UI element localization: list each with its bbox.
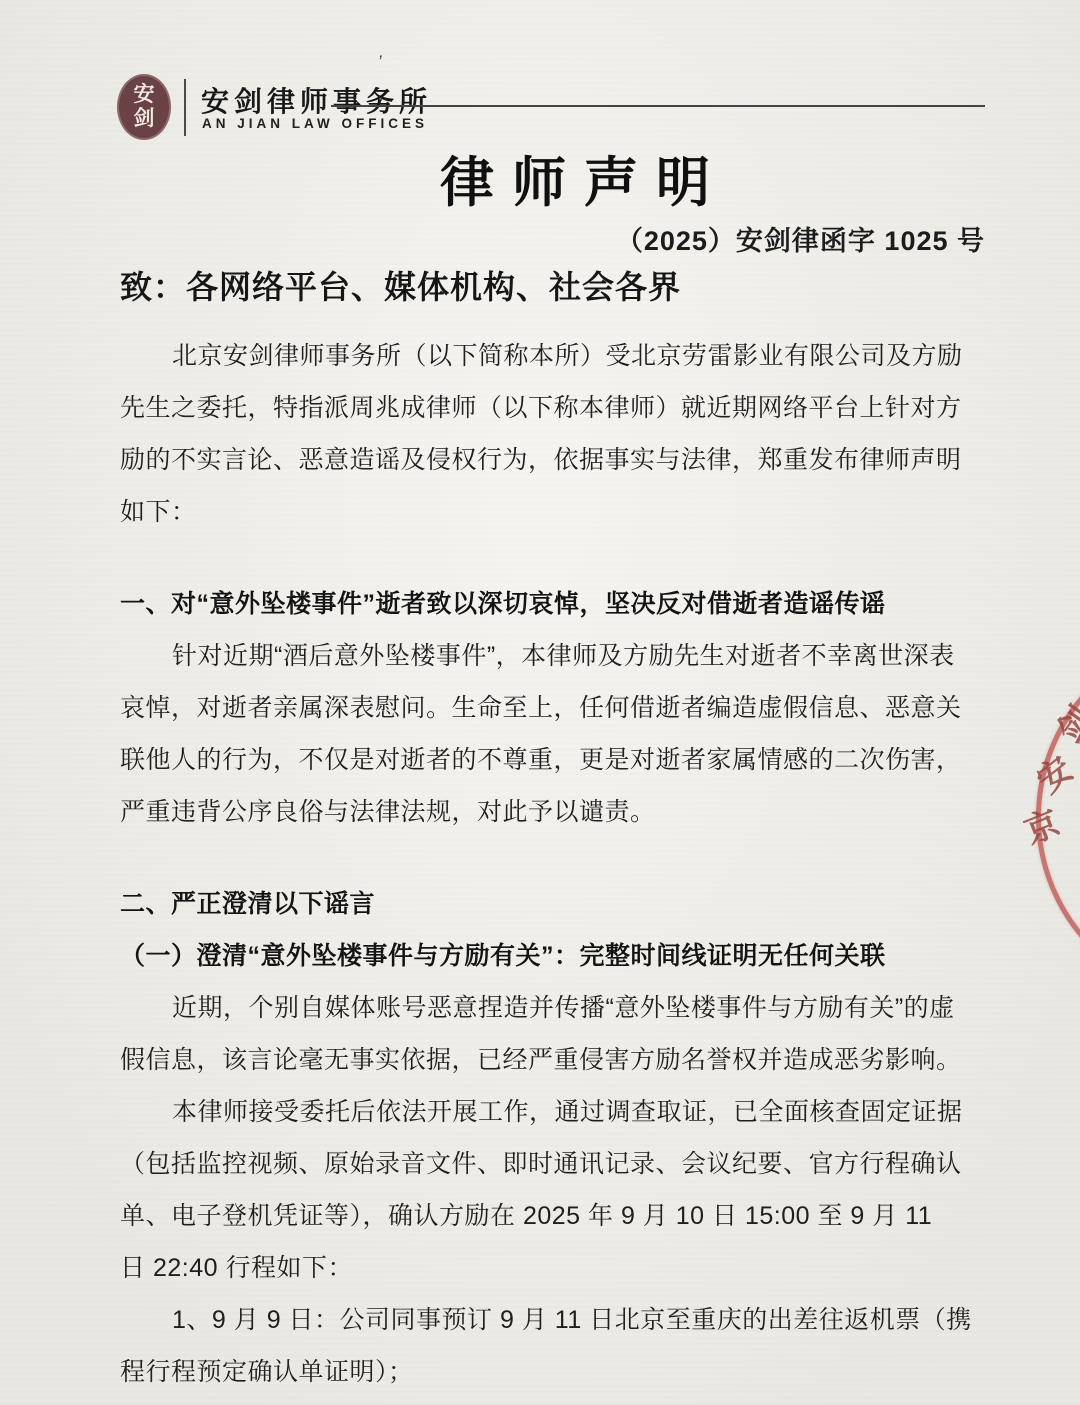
stamp-character: 安: [1025, 743, 1080, 803]
paragraph: 针对近期“酒后意外坠楼事件”，本律师及方励先生对逝者不幸离世深表哀悼，对逝者亲属…: [120, 630, 962, 838]
section-heading: 一、对“意外坠楼事件”逝者致以深切哀悼，坚决反对借逝者造谣传谣: [120, 578, 962, 630]
paragraph-spacer: [120, 538, 962, 578]
stamp-ring: [1036, 630, 1080, 1004]
firm-logo-seal: 安 剑: [117, 74, 171, 140]
logo-char-top: 安: [134, 83, 155, 107]
reference-number: （2025）安剑律函字 1025 号: [616, 219, 985, 258]
text-line: 二、严正澄清以下谣言: [120, 878, 962, 930]
text-line: 近期，个别自媒体账号恶意捏造并传播“意外坠楼事件与方励有关”的虚: [120, 982, 962, 1034]
text-line: （一）澄清“意外坠楼事件与方励有关”：完整时间线证明无任何关联: [120, 930, 962, 982]
text-line: 针对近期“酒后意外坠楼事件”，本律师及方励先生对逝者不幸离世深表: [120, 630, 962, 682]
text-line: （包括监控视频、原始录音文件、即时通讯记录、会议纪要、官方行程确认: [120, 1138, 962, 1190]
text-line: 1、9 月 9 日：公司同事预订 9 月 11 日北京至重庆的出差往返机票（携: [120, 1294, 962, 1346]
text-line: 程行程预定确认单证明）；: [120, 1346, 962, 1398]
paragraph: 近期，个别自媒体账号恶意捏造并传播“意外坠楼事件与方励有关”的虚假信息，该言论毫…: [120, 982, 962, 1086]
section-heading: 二、严正澄清以下谣言: [120, 878, 962, 930]
paragraph: 本律师接受委托后依法开展工作，通过调查取证，已全面核查固定证据（包括监控视频、原…: [120, 1086, 962, 1294]
stamp-character: 京: [1016, 795, 1066, 853]
text-line: 一、对“意外坠楼事件”逝者致以深切哀悼，坚决反对借逝者造谣传谣: [120, 578, 962, 630]
scan-artifact-mark: ’: [377, 52, 384, 72]
text-line: 先生之委托，特指派周兆成律师（以下称本律师）就近期网络平台上针对方: [120, 382, 962, 434]
firm-name-cn: 安剑律师事务所: [201, 80, 432, 120]
paragraph-spacer: [120, 838, 962, 878]
document-title: 律师声明: [440, 140, 728, 217]
section-heading: （一）澄清“意外坠楼事件与方励有关”：完整时间线证明无任何关联: [120, 930, 962, 982]
paragraph: 1、9 月 9 日：公司同事预订 9 月 11 日北京至重庆的出差往返机票（携程…: [120, 1294, 962, 1398]
text-line: 励的不实言论、恶意造谣及侵权行为，依据事实与法律，郑重发布律师声明: [120, 434, 962, 486]
text-line: 日 22:40 行程如下：: [120, 1242, 962, 1294]
text-line: 严重违背公序良俗与法律法规，对此予以谴责。: [120, 786, 962, 838]
letterhead-rule: [331, 105, 985, 107]
document-body: 致：各网络平台、媒体机构、社会各界 北京安剑律师事务所（以下简称本所）受北京劳雷…: [120, 265, 962, 1398]
text-line: 北京安剑律师事务所（以下简称本所）受北京劳雷影业有限公司及方励: [120, 330, 962, 382]
stamp-character: 剑: [1043, 695, 1080, 751]
text-line: 本律师接受委托后依法开展工作，通过调查取证，已全面核查固定证据: [120, 1086, 962, 1138]
text-line: 哀悼，对逝者亲属深表慰问。生命至上，任何借逝者编造虚假信息、恶意关: [120, 682, 962, 734]
logo-char-bottom: 剑: [134, 107, 155, 131]
logo-divider: [184, 79, 186, 136]
salutation-line: 致：各网络平台、媒体机构、社会各界: [120, 265, 962, 317]
text-line: 假信息，该言论毫无事实依据，已经严重侵害方励名誉权并造成恶劣影响。: [120, 1034, 962, 1086]
text-line: 如下：: [120, 486, 962, 538]
text-line: 单、电子登机凭证等），确认方励在 2025 年 9 月 10 日 15:00 至…: [120, 1190, 962, 1242]
firm-name-en: AN JIAN LAW OFFICES: [202, 116, 428, 131]
paragraph: 北京安剑律师事务所（以下简称本所）受北京劳雷影业有限公司及方励先生之委托，特指派…: [120, 330, 962, 538]
text-line: 联他人的行为，不仅是对逝者的不尊重，更是对逝者家属情感的二次伤害，: [120, 734, 962, 786]
